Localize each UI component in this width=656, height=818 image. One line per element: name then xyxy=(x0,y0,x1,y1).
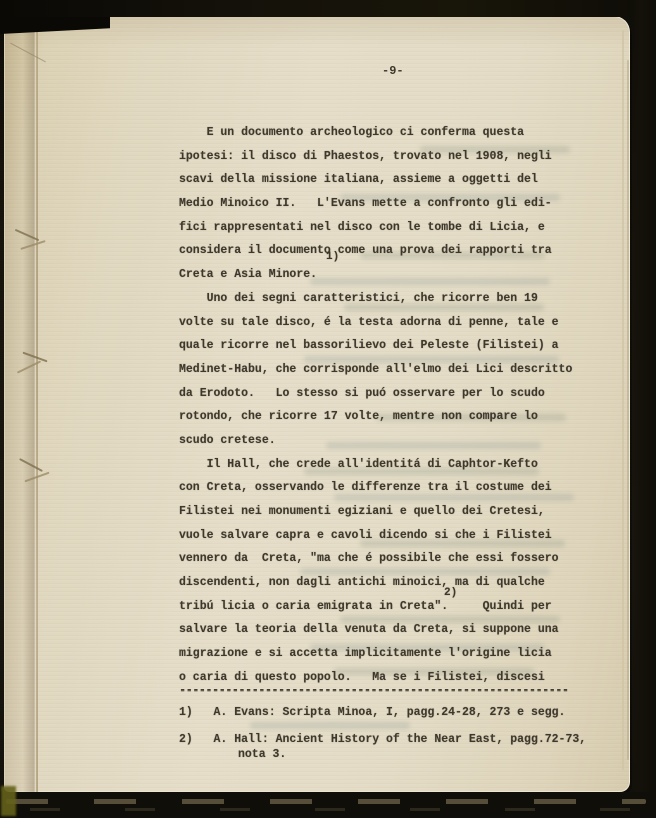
typed-line: fici rappresentati nel disco con le tomb… xyxy=(179,216,599,240)
typed-line: considera il documento come una prova de… xyxy=(179,239,599,263)
footnote-marker-1: 1) xyxy=(326,251,339,263)
footnote-2: 2) A. Hall: Ancient History of the Near … xyxy=(179,733,586,746)
typed-line: scavi della missione italiana, assieme a… xyxy=(179,168,599,192)
typed-line: volte su tale disco, é la testa adorna d… xyxy=(179,311,599,335)
cover-fragment xyxy=(1,786,16,816)
typed-line: vuole salvare capra e cavoli dicendo si … xyxy=(179,524,599,548)
footnote-1: 1) A. Evans: Scripta Minoa, I, pagg.24-2… xyxy=(179,706,565,719)
bleed-through-mark xyxy=(250,722,410,729)
typed-line: E un documento archeologico ci conferma … xyxy=(179,121,599,145)
page-edge-highlight xyxy=(622,30,624,770)
typed-line: Medinet-Habu, che corrisponde all'elmo d… xyxy=(179,358,599,382)
typed-line: scudo cretese. xyxy=(179,429,599,453)
typed-line: con Creta, osservando le differenze tra … xyxy=(179,476,599,500)
typed-line: Creta e Asia Minore. xyxy=(179,263,599,287)
typed-line: Il Hall, che crede all'identitá di Capht… xyxy=(179,453,599,477)
binding-crease xyxy=(36,16,38,792)
typed-line: quale ricorre nel bassorilievo dei Peles… xyxy=(179,334,599,358)
page-edge-highlight xyxy=(627,60,629,760)
typed-line: Medio Minoico II. L'Evans mette a confro… xyxy=(179,192,599,216)
typed-line: discendenti, non dagli antichi minoici, … xyxy=(179,571,599,595)
typed-line: ipotesi: il disco di Phaestos, trovato n… xyxy=(179,145,599,169)
typed-line: da Erodoto. Lo stesso si puó osservare p… xyxy=(179,382,599,406)
binding-gutter xyxy=(4,16,38,792)
book-photo: -9- E un documento archeologico ci confe… xyxy=(0,0,656,818)
footnote-marker-2: 2) xyxy=(444,587,457,599)
page-stack-edges xyxy=(30,808,630,811)
page-number: -9- xyxy=(382,64,404,78)
typed-line: rotondo, che ricorre 17 volte, mentre no… xyxy=(179,405,599,429)
book-cover-top-edge xyxy=(0,0,656,17)
footnote-separator: ----------------------------------------… xyxy=(179,683,599,697)
book-bottom-edge xyxy=(0,792,656,818)
typed-line: tribú licia o caria emigrata in Creta". … xyxy=(179,595,599,619)
book-right-shadow xyxy=(630,0,656,818)
typed-line: salvare la teoria della venuta da Creta,… xyxy=(179,618,599,642)
typed-line: Filistei nei monumenti egiziani e quello… xyxy=(179,500,599,524)
page-stack-edges xyxy=(6,799,646,804)
typed-line: vennero da Creta, "ma che é possibile ch… xyxy=(179,547,599,571)
typed-line: Uno dei segni caratteristici, che ricorr… xyxy=(179,287,599,311)
typed-body: E un documento archeologico ci conferma … xyxy=(179,121,599,690)
footnote-2-continuation: nota 3. xyxy=(238,748,286,761)
typed-line: migrazione e si accetta implicitamente l… xyxy=(179,642,599,666)
